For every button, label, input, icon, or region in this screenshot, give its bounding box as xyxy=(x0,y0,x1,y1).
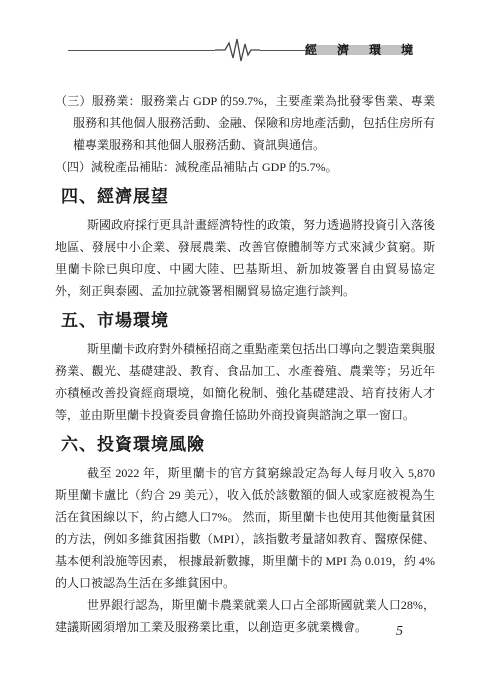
page-header: 經濟環境 xyxy=(68,44,413,56)
page-number: 5 xyxy=(396,624,403,640)
list-item: （四）減稅產品補貼：減稅產品補貼占 GDP 的5.7%。 xyxy=(55,156,435,178)
list-item-text: 服務業：服務業占 GDP 的59.7%，主要產業為批發零售業、專業服務和其他個人… xyxy=(73,94,435,152)
heartbeat-zigzag-icon xyxy=(215,37,260,63)
paragraph: 世界銀行認為，斯里蘭卡農業就業人口占全部斯國就業人口28%，建議斯國須增加工業及… xyxy=(55,594,435,638)
header-rule-left xyxy=(68,50,215,51)
document-body: （三）服務業：服務業占 GDP 的59.7%，主要產業為批發零售業、專業服務和其… xyxy=(55,90,435,638)
section-heading-economic-outlook: 四、經濟展望 xyxy=(61,186,435,208)
list-item-text: 減稅產品補貼：減稅產品補貼占 GDP 的5.7%。 xyxy=(91,160,338,174)
chapter-title-bar: 經濟環境 xyxy=(305,45,413,55)
section-heading-market-environment: 五、市場環境 xyxy=(61,310,435,332)
list-item-label: （四） xyxy=(55,160,91,174)
list-item-label: （三） xyxy=(55,94,92,108)
chapter-title: 經濟環境 xyxy=(305,44,433,56)
paragraph: 斯國政府採行更具計畫經濟特性的政策，努力透過將投資引入落後地區、發展中小企業、發… xyxy=(55,214,435,302)
paragraph: 截至 2022 年，斯里蘭卡的官方貧窮線設定為每人每月收入 5,870 斯里蘭卡… xyxy=(55,462,435,594)
section-heading-investment-risk: 六、投資環境風險 xyxy=(61,434,435,456)
header-rule-mid xyxy=(260,50,305,51)
paragraph: 斯里蘭卡政府對外積極招商之重點產業包括出口導向之製造業與服務業、觀光、基礎建設、… xyxy=(55,338,435,426)
list-item: （三）服務業：服務業占 GDP 的59.7%，主要產業為批發零售業、專業服務和其… xyxy=(55,90,435,156)
